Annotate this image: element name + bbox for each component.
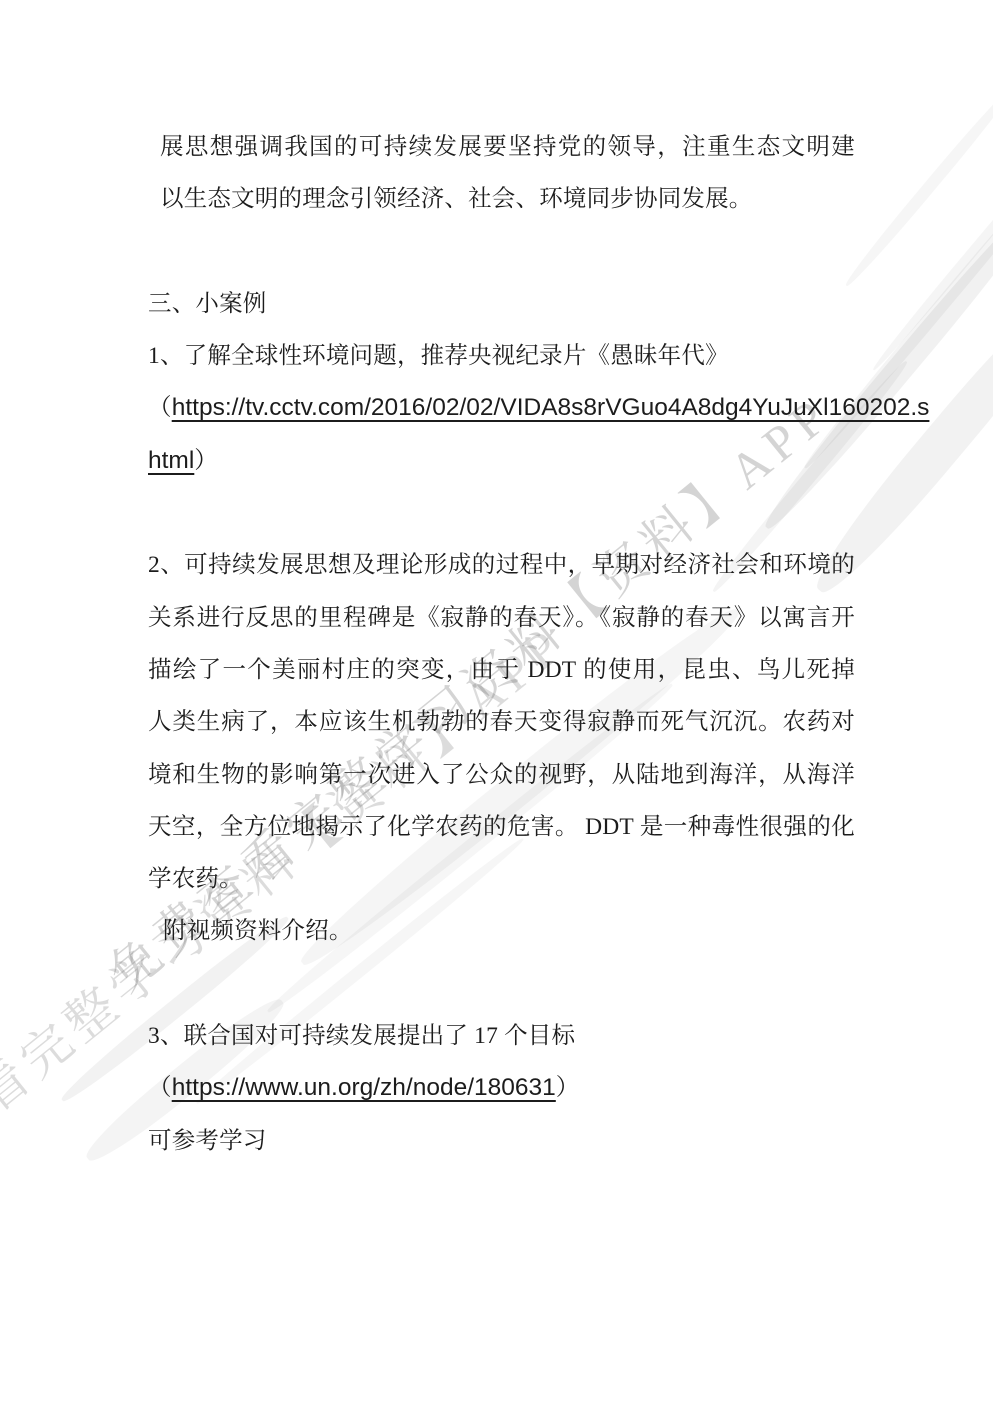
text-line: 学农药。 — [148, 853, 855, 905]
text-run: 展思想强调我国的可持续发展要坚持党的领导，注重生态文明建设， — [160, 134, 855, 173]
text-run: 学农药。 — [148, 866, 243, 892]
text-run: ） — [194, 448, 218, 474]
text-run: ） — [556, 1075, 580, 1101]
text-run: 境和生物的影响第一次进入了公众的视野，从陆地到海洋，从海洋到 — [148, 762, 855, 801]
text-line: 天空，全方位地揭示了化学农药的危害。 DDT 是一种毒性很强的化 — [148, 801, 855, 853]
paragraph-case-3: 3、联合国对可持续发展提出了 17 个目标 — [148, 1010, 855, 1062]
paragraph-case-1-url: （https://tv.cctv.com/2016/02/02/VIDA8s8r… — [148, 382, 855, 487]
link-cctv-video-wrap[interactable]: html — [148, 447, 194, 474]
paragraph-gap — [148, 958, 855, 1010]
paragraph-case-3-url: （https://www.un.org/zh/node/180631） — [148, 1062, 855, 1114]
paragraph-video-note: 附视频资料介绍。 — [148, 905, 855, 957]
text-line: 以生态文明的理念引领经济、社会、环境同步协同发展。 — [160, 173, 855, 225]
text-line: 三、小案例 — [148, 278, 855, 330]
text-line: （https://tv.cctv.com/2016/02/02/VIDA8s8r… — [148, 382, 855, 434]
text-line: html） — [148, 435, 855, 487]
text-run: 天空，全方位地揭示了化学农药的危害。 DDT 是一种毒性很强的化 — [148, 814, 855, 840]
paragraph-gap — [148, 487, 855, 539]
text-line: 人类生病了，本应该生机勃勃的春天变得寂静而死气沉沉。农药对环 — [148, 696, 855, 748]
link-cctv-video[interactable]: https://tv.cctv.com/2016/02/02/VIDA8s8rV… — [172, 394, 930, 421]
paragraph-gap — [148, 226, 855, 278]
text-line: 描绘了一个美丽村庄的突变，由于 DDT 的使用，昆虫、鸟儿死掉了， — [148, 644, 855, 696]
text-run: 人类生病了，本应该生机勃勃的春天变得寂静而死气沉沉。农药对环 — [148, 709, 855, 748]
paragraph-case-2: 2、可持续发展思想及理论形成的过程中，早期对经济社会和环境的关系进行反思的里程碑… — [148, 539, 855, 905]
background-streak — [870, 137, 993, 373]
document-page: 免费查看完整学习资料【资料】APP 免费查看完整学习资料【资料】APP 展思想强… — [0, 0, 993, 1404]
text-line: 关系进行反思的里程碑是《寂静的春天》。《寂静的春天》以寓言开头 — [148, 592, 855, 644]
background-streak — [842, 83, 993, 290]
text-run: 描绘了一个美丽村庄的突变，由于 DDT 的使用，昆虫、鸟儿死掉了， — [148, 657, 855, 696]
link-un-sdg[interactable]: https://www.un.org/zh/node/180631 — [172, 1074, 556, 1101]
text-run: 三、小案例 — [148, 291, 267, 317]
text-line: （https://www.un.org/zh/node/180631） — [148, 1062, 855, 1114]
paragraph-closing: 可参考学习 — [148, 1115, 855, 1167]
text-line: 可参考学习 — [148, 1115, 855, 1167]
paragraph-case-1: 1、了解全球性环境问题，推荐央视纪录片《愚昧年代》 — [148, 330, 855, 382]
text-run: （ — [148, 1075, 172, 1101]
text-line: 附视频资料介绍。 — [163, 905, 855, 957]
text-run: 3、联合国对可持续发展提出了 17 个目标 — [148, 1023, 575, 1049]
text-line: 境和生物的影响第一次进入了公众的视野，从陆地到海洋，从海洋到 — [148, 749, 855, 801]
paragraph-intro: 展思想强调我国的可持续发展要坚持党的领导，注重生态文明建设，以生态文明的理念引领… — [148, 121, 855, 226]
text-run: 以生态文明的理念引领经济、社会、环境同步协同发展。 — [160, 186, 753, 212]
document-body: 展思想强调我国的可持续发展要坚持党的领导，注重生态文明建设，以生态文明的理念引领… — [148, 121, 855, 1167]
text-line: 1、了解全球性环境问题，推荐央视纪录片《愚昧年代》 — [148, 330, 855, 382]
text-run: 1、了解全球性环境问题，推荐央视纪录片《愚昧年代》 — [148, 343, 729, 369]
text-run: 附视频资料介绍。 — [163, 918, 353, 944]
text-run: 可参考学习 — [148, 1128, 267, 1154]
text-line: 展思想强调我国的可持续发展要坚持党的领导，注重生态文明建设， — [160, 121, 855, 173]
text-run: （ — [148, 395, 172, 421]
text-run: 关系进行反思的里程碑是《寂静的春天》。《寂静的春天》以寓言开头 — [148, 605, 855, 644]
paragraph-section-heading: 三、小案例 — [148, 278, 855, 330]
text-line: 3、联合国对可持续发展提出了 17 个目标 — [148, 1010, 855, 1062]
text-run: 2、可持续发展思想及理论形成的过程中，早期对经济社会和环境的 — [148, 552, 855, 578]
text-line: 2、可持续发展思想及理论形成的过程中，早期对经济社会和环境的 — [148, 539, 855, 591]
